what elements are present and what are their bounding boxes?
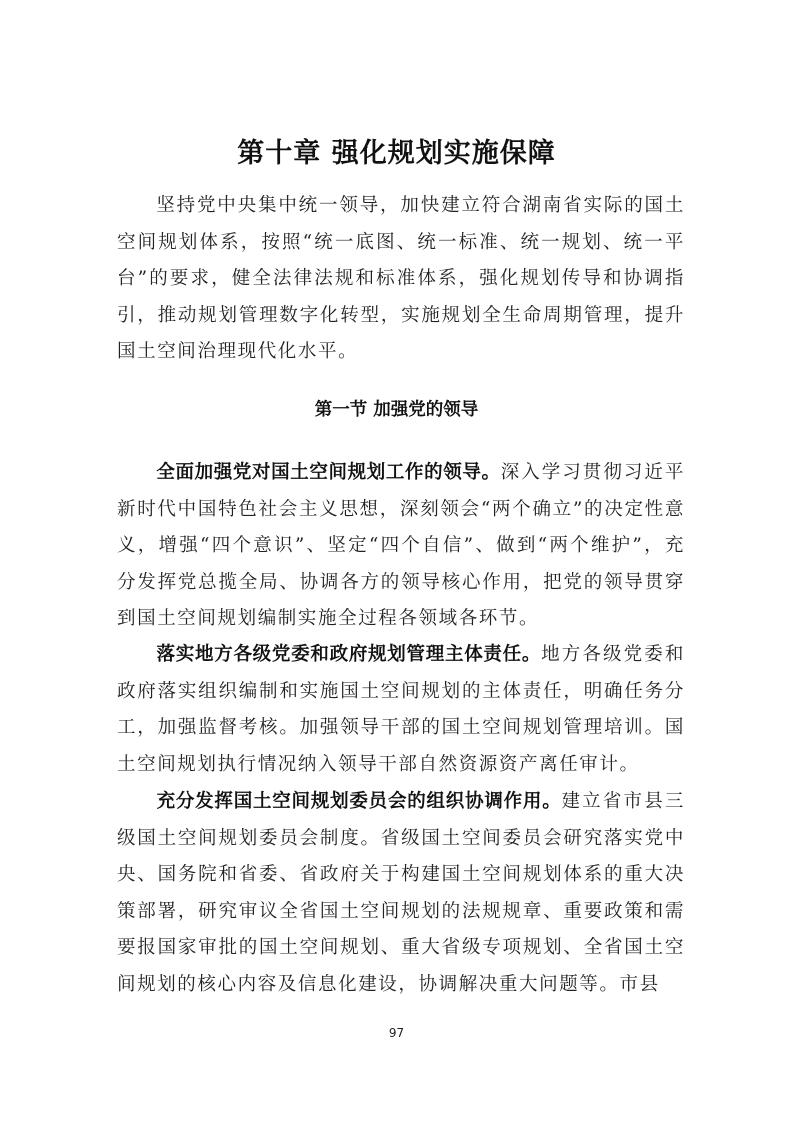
- paragraph-body-text: 建立省市县三级国土空间规划委员会制度。省级国土空间委员会研究落实党中央、国务院和…: [117, 791, 685, 995]
- paragraph-body-text: 深入学习贯彻习近平新时代中国特色社会主义思想，深刻领会“两个确立”的决定性意义，…: [117, 462, 685, 629]
- intro-paragraph-text: 坚持党中央集中统一领导，加快建立符合湖南省实际的国土空间规划体系，按照“统一底图…: [117, 195, 685, 362]
- section-title: 第一节 加强党的领导: [0, 396, 793, 421]
- paragraph-local-responsibility: 落实地方各级党委和政府规划管理主体责任。地方各级党委和政府落实组织编制和实施国土…: [117, 637, 685, 783]
- paragraph-lead-heading: 充分发挥国土空间规划委员会的组织协调作用。: [156, 791, 561, 812]
- page-number: 97: [0, 1026, 793, 1040]
- chapter-title: 第十章 强化规划实施保障: [0, 131, 793, 170]
- paragraph-lead-heading: 全面加强党对国土空间规划工作的领导。: [156, 462, 501, 483]
- paragraph-lead-heading: 落实地方各级党委和政府规划管理主体责任。: [156, 644, 541, 665]
- paragraph-planning-committee: 充分发挥国土空间规划委员会的组织协调作用。建立省市县三级国土空间规划委员会制度。…: [117, 784, 685, 1004]
- document-page: 第十章 强化规划实施保障 坚持党中央集中统一领导，加快建立符合湖南省实际的国土空…: [0, 0, 793, 1122]
- paragraph-party-leadership: 全面加强党对国土空间规划工作的领导。深入学习贯彻习近平新时代中国特色社会主义思想…: [117, 455, 685, 638]
- intro-paragraph: 坚持党中央集中统一领导，加快建立符合湖南省实际的国土空间规划体系，按照“统一底图…: [117, 188, 685, 371]
